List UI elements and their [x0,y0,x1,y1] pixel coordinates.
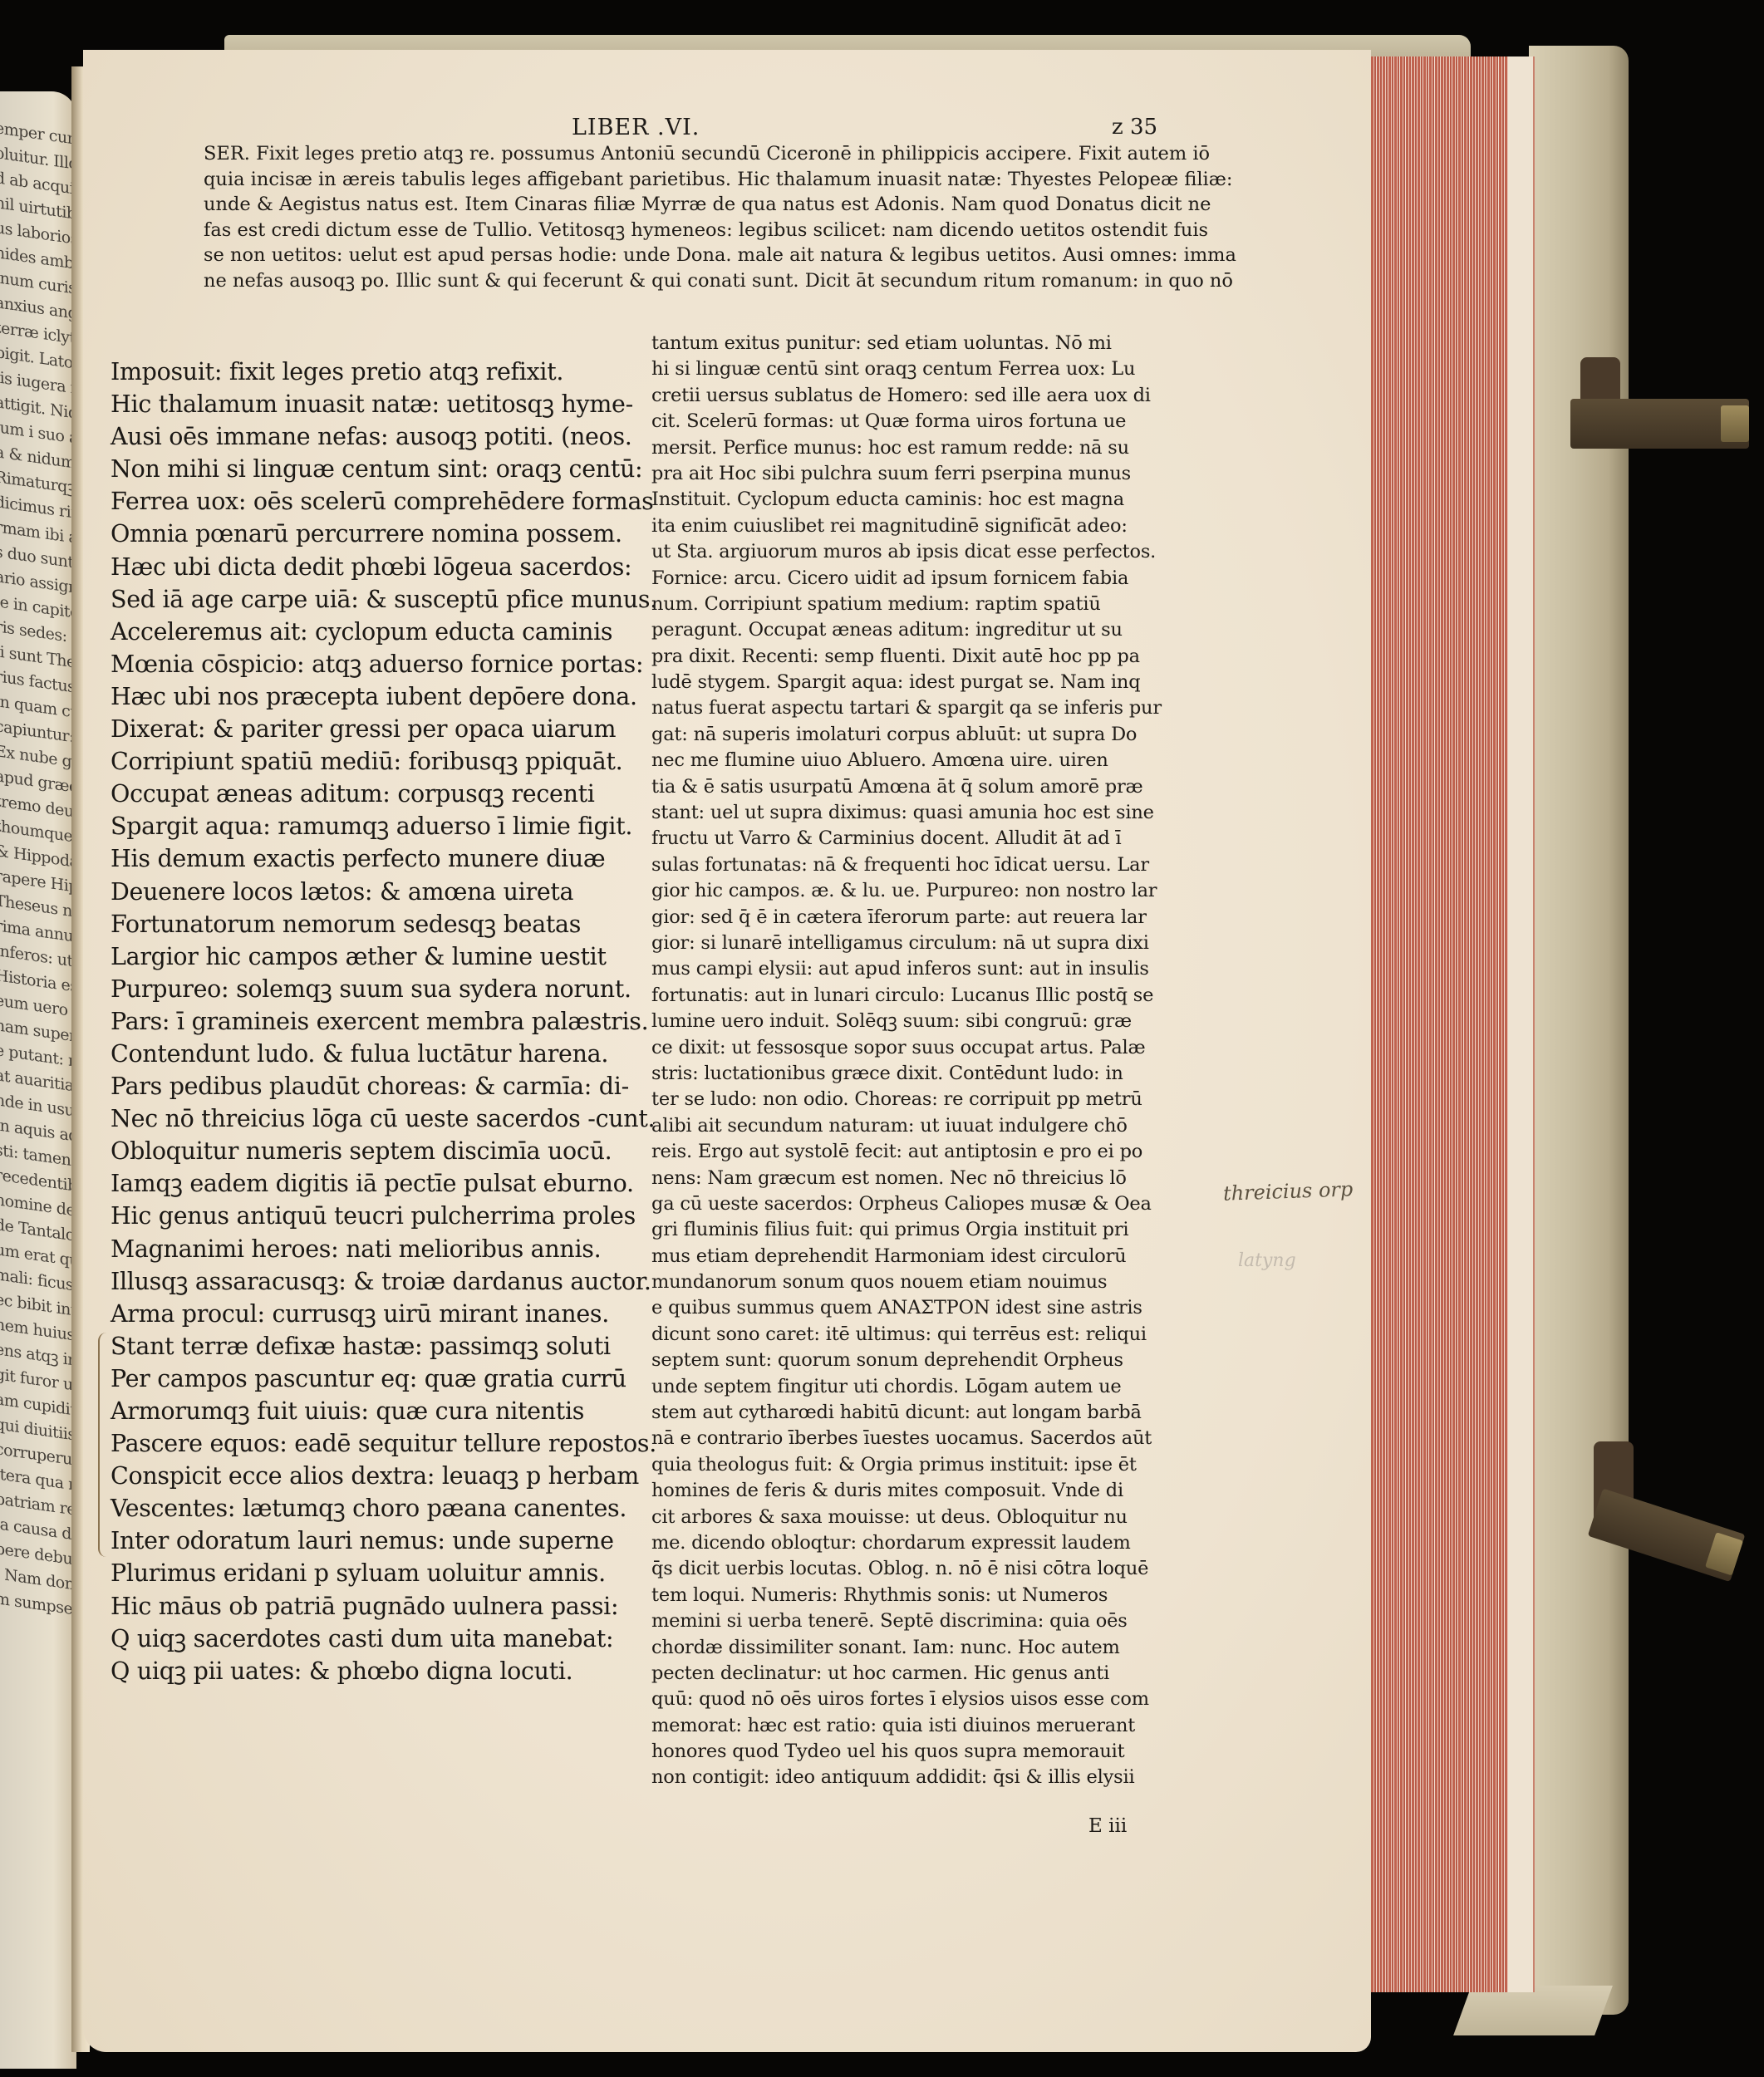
verse-column: Imposuit: fixit leges pretio atqꝫ refixi… [111,356,642,1687]
verse-line: Largior hic campos æther & lumine uestit [111,940,642,973]
commentary-line: ita enim cuiuslibet rei magnitudinē sign… [651,513,1200,539]
commentary-line: quū: quod nō oēs uiros fortes ī elysios … [651,1687,1200,1712]
commentary-line: dicunt sono caret: itē ultimus: qui terr… [651,1322,1200,1348]
verse-line: Deuenere locos lætos: & amœna uireta [111,876,642,908]
endleaf-edge [1508,56,1535,1992]
verse-line: Pascere equos: eadē sequitur tellure rep… [111,1427,642,1460]
commentary-line: cit. Scelerū formas: ut Quæ forma uiros … [651,409,1200,435]
verse-line: Stant terræ defixæ hastæ: passimqꝫ solut… [111,1330,642,1363]
verse-line: Conspicit ecce alios dextra: leuaqꝫ p he… [111,1460,642,1492]
commentary-line: mus campi elysii: aut apud inferos sunt:… [651,956,1200,982]
commentary-line: mus etiam deprehendit Harmoniam idest ci… [651,1244,1200,1269]
commentary-line: lumine uero induit. Solēqꝫ suum: sibi co… [651,1009,1200,1034]
verse-line: Mœnia cōspicio: atqꝫ aduerso fornice por… [111,648,642,680]
commentary-line: nens: Nam græcum est nomen. Nec nō threi… [651,1166,1200,1191]
verse-line: Vescentes: lætumqꝫ choro pæana canentes. [111,1492,642,1525]
verse-line: Hic māus ob patriā pugnādo uulnera passi… [111,1590,642,1623]
commentary-line: nec me flumine uiuo Abluero. Amœna uire.… [651,748,1200,773]
commentary-line: ludē stygem. Spargit aqua: idest purgat … [651,670,1200,695]
commentary-line: fortunatis: aut in lunari circulo: Lucan… [651,983,1200,1009]
verse-line: Iamqꝫ eadem digitis iā pectīe pulsat ebu… [111,1167,642,1200]
commentary-line: ga cū ueste sacerdos: Orpheus Caliopes m… [651,1191,1200,1217]
commentary-line: non contigit: ideo antiquum addidit: q̄s… [651,1765,1200,1790]
verse-line: Obloquitur numeris septem discimīa uocū. [111,1135,642,1167]
verse-line: Pars: ī gramineis exercent membra palæst… [111,1005,642,1038]
verse-line: Omnia pœnarū percurrere nomina possem. [111,518,642,550]
verse-line: Magnanimi heroes: nati melioribus annis. [111,1233,642,1265]
commentary-line: reis. Ergo aut systolē fecit: aut antipt… [651,1139,1200,1165]
commentary-line: gat: nā superis imolaturi corpus abluūt:… [651,722,1200,748]
commentary-line: sulas fortunatas: nā & frequenti hoc īdi… [651,852,1200,878]
vellum-binding-fore-edge [1529,46,1629,2015]
verse-line: Hic genus antiquū teucri pulcherrima pro… [111,1200,642,1232]
verse-line: Hæc ubi nos præcepta iubent depōere dona… [111,680,642,713]
clasp-tip-icon [1705,1532,1743,1575]
verse-line: Hæc ubi dicta dedit phœbi lōgeua sacerdo… [111,551,642,583]
commentary-column: tantum exitus punitur: sed etiam uolunta… [651,331,1200,1791]
commentary-line: SER. Fixit leges pretio atqꝫ re. possumu… [204,141,1201,167]
commentary-line: pra dixit. Recenti: semp fluenti. Dixit … [651,644,1200,670]
red-stained-page-edges [1371,56,1508,1992]
commentary-line: alibi ait secundum naturam: ut iuuat ind… [651,1113,1200,1139]
commentary-line: septem sunt: quorum sonum deprehendit Or… [651,1348,1200,1373]
commentary-line: stant: uel ut supra diximus: quasi amuni… [651,800,1200,826]
verse-line: Q uiqꝫ pii uates: & phœbo digna locuti. [111,1655,642,1687]
verse-line: Inter odoratum lauri nemus: unde superne [111,1525,642,1557]
commentary-line: natus fuerat aspectu tartari & spargit q… [651,695,1200,721]
clasp-tip-icon [1721,405,1749,442]
verse-line: Pars pedibus plaudūt choreas: & carmīa: … [111,1070,642,1102]
commentary-line: quia theologus fuit: & Orgia primus inst… [651,1452,1200,1478]
commentary-line: stris: luctationibus græce dixit. Contēd… [651,1061,1200,1087]
commentary-line: fas est credi dictum esse de Tullio. Vet… [204,218,1201,243]
verse-line: Spargit aqua: ramumqꝫ aduerso ī limie fi… [111,810,642,842]
commentary-line: Fornice: arcu. Cicero uidit ad ipsum for… [651,566,1200,592]
commentary-line: cit arbores & saxa mouisse: ut deus. Obl… [651,1505,1200,1530]
commentary-line: Instituit. Cyclopum educta caminis: hoc … [651,487,1200,513]
signature-mark: E iii [1088,1815,1127,1837]
commentary-line: hi si linguæ centū sint oraqꝫ centum Fer… [651,356,1200,382]
verse-line: Nec nō threicius lōga cū ueste sacerdos … [111,1102,642,1135]
verse-line: Contendunt ludo. & fulua luctātur harena… [111,1038,642,1070]
commentary-line: gior hic campos. æ. & lu. ue. Purpureo: … [651,878,1200,904]
verse-line: Illusqꝫ assaracusqꝫ: & troiæ dardanus au… [111,1265,642,1298]
marginal-bracket-mark [98,1333,118,1557]
commentary-line: nā e contrario īberbes īuestes uocamus. … [651,1426,1200,1451]
verse-line: Hic thalamum inuasit natæ: uetitosqꝫ hym… [111,388,642,420]
commentary-line: me. dicendo obloqtur: chordarum expressi… [651,1530,1200,1556]
commentary-line: ne nefas ausoqꝫ po. Illic sunt & qui fec… [204,268,1201,294]
commentary-line: honores quod Tydeo uel his quos supra me… [651,1739,1200,1765]
commentary-line: ce dixit: ut fessosque sopor suus occupa… [651,1035,1200,1061]
verse-line: Dixerat: & pariter gressi per opaca uiar… [111,713,642,745]
verse-line: Purpureo: solemqꝫ suum sua sydera norunt… [111,973,642,1005]
commentary-line: ut Sta. argiuorum muros ab ipsis dicat e… [651,539,1200,565]
commentary-line: homines de feris & duris mites composuit… [651,1478,1200,1504]
commentary-line: tia & ē satis usurpatū Amœna āt q̄ solum… [651,774,1200,800]
commentary-line: memini si uerba tenerē. Septē discrimina… [651,1608,1200,1634]
clasp-strap-upper[interactable] [1570,399,1749,449]
commentary-line: tem loqui. Numeris: Rhythmis sonis: ut N… [651,1583,1200,1608]
commentary-line: se non uetitos: uelut est apud persas ho… [204,243,1201,268]
commentary-line: fructu ut Varro & Carminius docent. Allu… [651,826,1200,852]
verse-line: Per campos pascuntur eq: quæ gratia curr… [111,1363,642,1395]
verse-line: Ausi oēs immane nefas: ausoqꝫ potiti. (n… [111,420,642,453]
verse-line: Fortunatorum nemorum sedesqꝫ beatas [111,908,642,940]
commentary-line: gior: sed q̄ ē in cætera īferorum parte:… [651,905,1200,930]
commentary-line: pecten declinatur: ut hoc carmen. Hic ge… [651,1661,1200,1687]
commentary-line: num. Corripiunt spatium medium: raptim s… [651,592,1200,617]
verse-line: Plurimus eridani p syluam uoluitur amnis… [111,1557,642,1589]
verse-line: Acceleremus ait: cyclopum educta caminis [111,616,642,648]
commentary-line: stem aut cytharœdi habitū dicunt: aut lo… [651,1400,1200,1426]
verse-line: Q uiqꝫ sacerdotes casti dum uita manebat… [111,1623,642,1655]
commentary-line: gri fluminis filius fuit: qui primus Org… [651,1217,1200,1243]
commentary-line: e quibus summus quem ΑΝΑΣΤΡΟΝ idest sine… [651,1295,1200,1321]
commentary-line: pra ait Hoc sibi pulchra suum ferri pser… [651,461,1200,487]
faint-marginal-note: latyng [1238,1250,1296,1271]
commentary-line: peragunt. Occupat æneas aditum: ingredit… [651,617,1200,643]
handwritten-marginal-note: threicius orp [1223,1177,1354,1205]
commentary-line: ter se ludo: non odio. Choreas: re corri… [651,1087,1200,1112]
verse-line: Non mihi si linguæ centum sint: oraqꝫ ce… [111,453,642,485]
commentary-header-block: SER. Fixit leges pretio atqꝫ re. possumu… [204,141,1201,294]
verse-line: Imposuit: fixit leges pretio atqꝫ refixi… [111,356,642,388]
verse-line: Arma procul: currusqꝫ uirū mirant inanes… [111,1298,642,1330]
commentary-line: unde & Aegistus natus est. Item Cinaras … [204,192,1201,218]
commentary-line: q̄s dicit uerbis locutas. Oblog. n. nō ē… [651,1556,1200,1582]
verse-line: Ferrea uox: oēs scelerū comprehēdere for… [111,485,642,518]
folio-number: z 35 [1112,115,1157,140]
commentary-line: mundanorum sonum quos nouem etiam nouimu… [651,1269,1200,1295]
commentary-line: chordæ dissimiliter sonant. Iam: nunc. H… [651,1635,1200,1661]
verse-line: Armorumqꝫ fuit uiuis: quæ cura nitentis [111,1395,642,1427]
commentary-line: tantum exitus punitur: sed etiam uolunta… [651,331,1200,356]
facing-left-page: emper curas:si regoluitur. Illos autemd … [0,91,76,2069]
verse-line: Occupat æneas aditum: corpusqꝫ recenti [111,778,642,810]
commentary-line: unde septem fingitur uti chordis. Lōgam … [651,1374,1200,1400]
commentary-line: memorat: hæc est ratio: quia isti diuino… [651,1713,1200,1739]
commentary-line: gior: si lunarē intelligamus circulum: n… [651,930,1200,956]
verse-line: His demum exactis perfecto munere diuæ [111,842,642,875]
commentary-line: mersit. Perfice munus: hoc est ramum red… [651,435,1200,461]
verse-line: Corripiunt spatiū mediū: foribusqꝫ ppiqu… [111,745,642,778]
verse-line: Sed iā age carpe uiā: & susceptū pfice m… [111,583,642,616]
commentary-line: quia incisæ in æreis tabulis leges affig… [204,167,1201,193]
vellum-binding-corner [1453,1986,1613,2035]
running-head: LIBER .VI. [572,115,700,140]
commentary-line: cretii uersus sublatus de Homero: sed il… [651,383,1200,409]
